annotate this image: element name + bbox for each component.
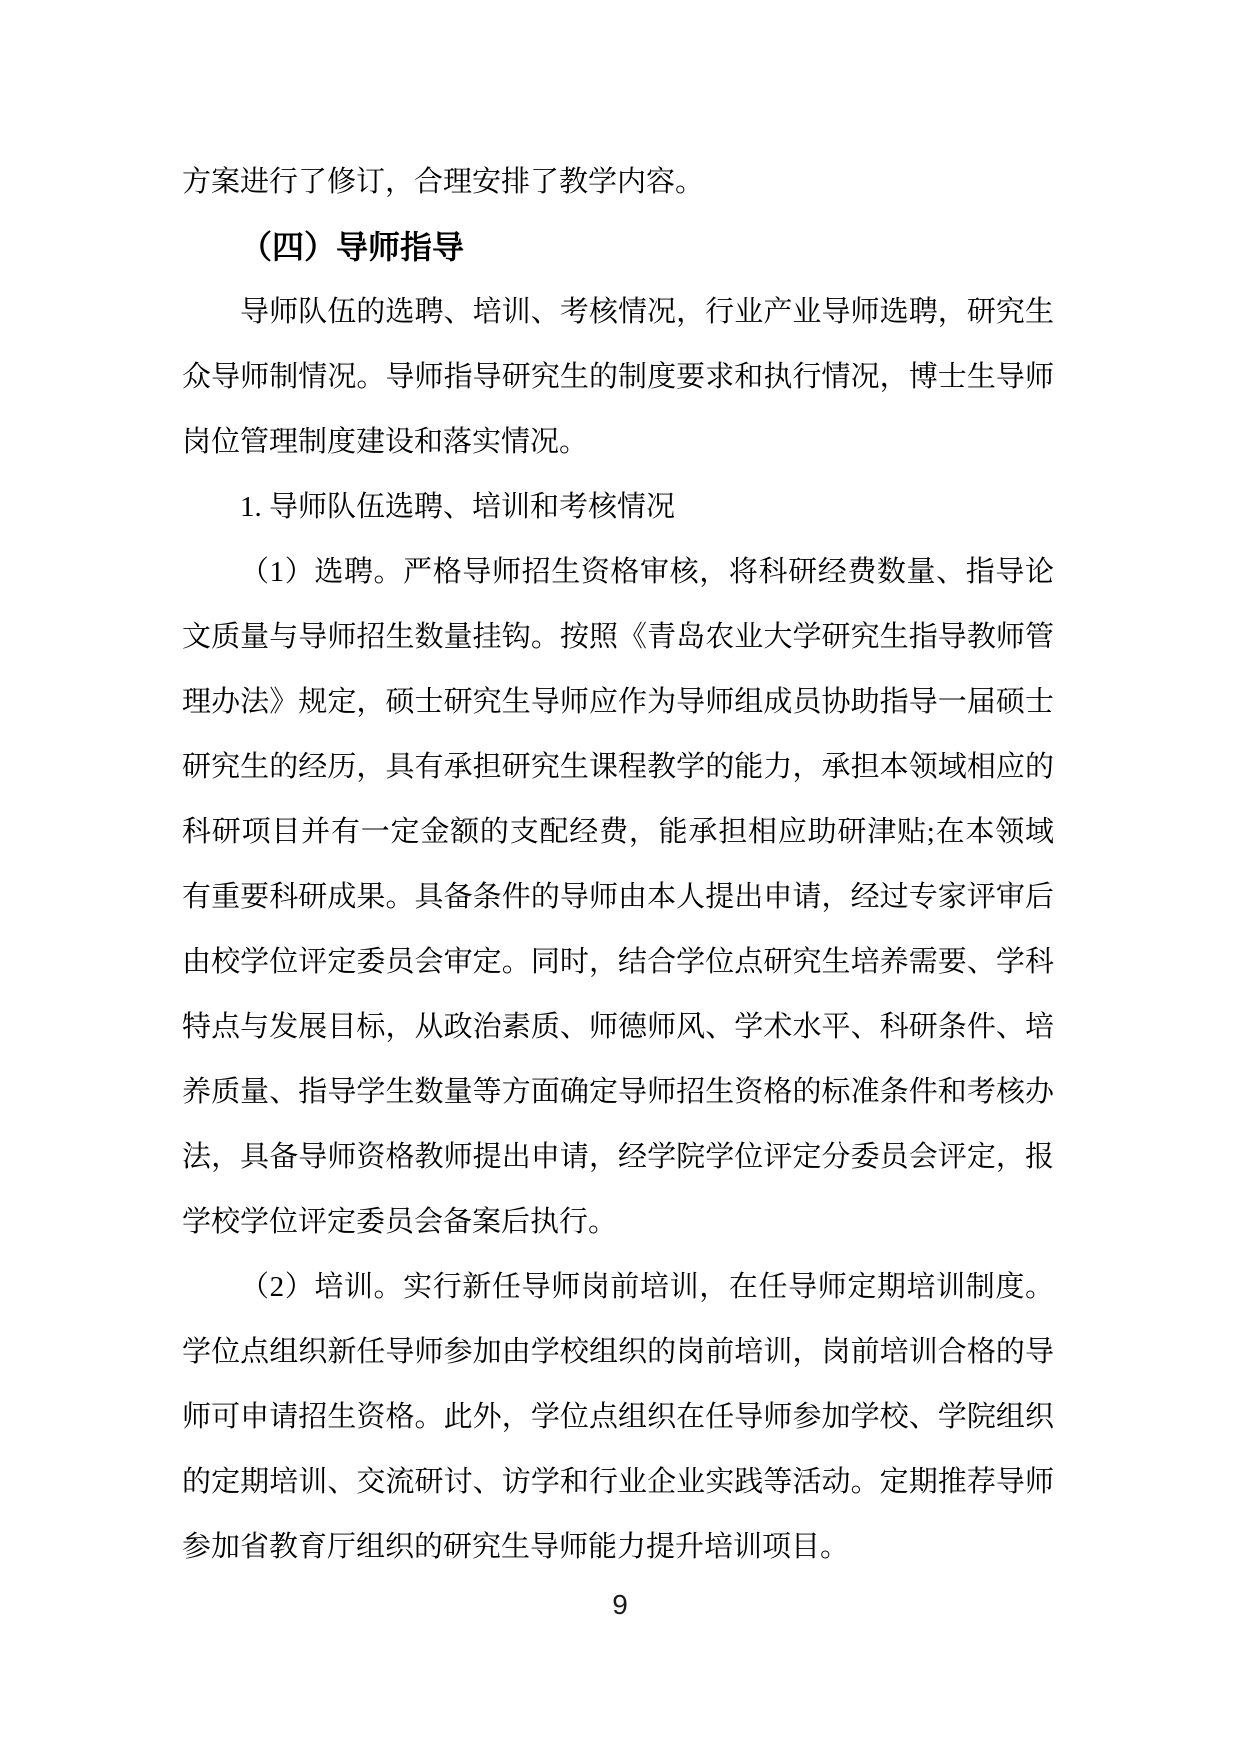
text-line: 众导师制情况。导师指导研究生的制度要求和执行情况，博士生导师 xyxy=(182,345,1054,410)
text-line: 特点与发展目标，从政治素质、师德师风、学术水平、科研条件、培 xyxy=(182,995,1054,1060)
text-line: 由校学位评定委员会审定。同时，结合学位点研究生培养需要、学科 xyxy=(182,930,1054,995)
text-line: 岗位管理制度建设和落实情况。 xyxy=(182,410,1054,475)
text-line: 科研项目并有一定金额的支配经费，能承担相应助研津贴;在本领域 xyxy=(182,800,1054,865)
text-line: 1. 导师队伍选聘、培训和考核情况 xyxy=(182,475,1054,540)
text-line: 方案进行了修订，合理安排了教学内容。 xyxy=(182,150,1054,215)
text-line: 参加省教育厅组织的研究生导师能力提升培训项目。 xyxy=(182,1515,1054,1580)
section-heading: （四）导师指导 xyxy=(182,215,1054,280)
text-line: 理办法》规定，硕士研究生导师应作为导师组成员协助指导一届硕士 xyxy=(182,670,1054,735)
text-line: 法，具备导师资格教师提出申请，经学院学位评定分委员会评定，报 xyxy=(182,1125,1054,1190)
document-page: 方案进行了修订，合理安排了教学内容。（四）导师指导导师队伍的选聘、培训、考核情况… xyxy=(0,0,1240,1753)
text-line: 养质量、指导学生数量等方面确定导师招生资格的标准条件和考核办 xyxy=(182,1060,1054,1125)
text-line: 研究生的经历，具有承担研究生课程教学的能力，承担本领域相应的 xyxy=(182,735,1054,800)
page-number: 9 xyxy=(0,1588,1240,1622)
text-line: 有重要科研成果。具备条件的导师由本人提出申请，经过专家评审后 xyxy=(182,865,1054,930)
text-line: 的定期培训、交流研讨、访学和行业企业实践等活动。定期推荐导师 xyxy=(182,1450,1054,1515)
document-body: 方案进行了修订，合理安排了教学内容。（四）导师指导导师队伍的选聘、培训、考核情况… xyxy=(182,150,1054,1580)
text-line: 文质量与导师招生数量挂钩。按照《青岛农业大学研究生指导教师管 xyxy=(182,605,1054,670)
text-line: 学位点组织新任导师参加由学校组织的岗前培训，岗前培训合格的导 xyxy=(182,1320,1054,1385)
text-line: （2）培训。实行新任导师岗前培训，在任导师定期培训制度。 xyxy=(182,1255,1054,1320)
text-line: 师可申请招生资格。此外，学位点组织在任导师参加学校、学院组织 xyxy=(182,1385,1054,1450)
text-line: （1）选聘。严格导师招生资格审核，将科研经费数量、指导论 xyxy=(182,540,1054,605)
text-line: 学校学位评定委员会备案后执行。 xyxy=(182,1190,1054,1255)
text-line: 导师队伍的选聘、培训、考核情况，行业产业导师选聘，研究生 xyxy=(182,280,1054,345)
